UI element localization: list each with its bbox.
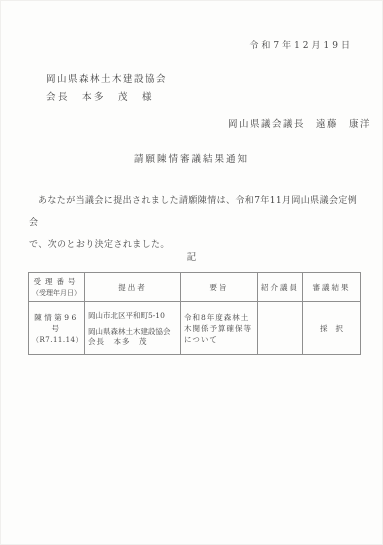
sender-name: 岡山県議会議長 遠藤 康洋 [228,116,371,130]
table-row: 陳情第96号 （R7.11.14） 岡山市北区平和町5-10 岡山県森林土木建設… [29,302,361,355]
addressee-person: 会長 本多 茂 様 [46,89,154,103]
body-paragraph: あなたが当議会に提出されました請願陳情は、令和7年11月岡山県議会定例会 で、次… [29,190,359,256]
body-line-1: あなたが当議会に提出されました請願陳情は、令和7年11月岡山県議会定例会 [29,190,359,234]
header-receipt-number-label: 受理番号 [32,276,81,287]
cell-result: 採択 [303,302,361,355]
cell-submitter: 岡山市北区平和町5-10 岡山県森林土木建設協会 会長 本多 茂 [85,302,181,355]
cell-summary: 令和8年度森林土木関係予算確保等について [181,302,258,355]
submitter-address: 岡山市北区平和町5-10 [88,311,177,320]
header-submitter: 提出者 [85,273,181,302]
header-result: 審議結果 [303,273,361,302]
petition-number: 陳情第96号 [32,312,81,334]
petition-summary: 令和8年度森林土木関係予算確保等について [184,313,252,344]
cell-receipt-number: 陳情第96号 （R7.11.14） [29,302,85,355]
record-mark: 記 [0,249,383,263]
document-page: 令和7年12月19日 岡山県森林土木建設協会 会長 本多 茂 様 岡山県議会議長… [0,0,383,545]
addressee-organization: 岡山県森林土木建設協会 [46,71,167,85]
submitter-person: 会長 本多 茂 [88,337,177,346]
header-receipt-date-label: （受理年月日） [32,288,81,298]
header-receipt-number: 受理番号 （受理年月日） [29,273,85,302]
submitter-organization: 岡山県森林土木建設協会 [88,327,177,336]
cell-introducer [258,302,303,355]
header-summary: 要旨 [181,273,258,302]
header-introducer: 紹介議員 [258,273,303,302]
document-date: 令和7年12月19日 [249,38,353,51]
table-header-row: 受理番号 （受理年月日） 提出者 要旨 紹介議員 審議結果 [29,273,361,302]
document-title: 請願陳情審議結果通知 [0,151,383,165]
petition-result-table: 受理番号 （受理年月日） 提出者 要旨 紹介議員 審議結果 陳情第96号 （R7… [28,272,361,355]
receipt-date: （R7.11.14） [32,335,81,345]
